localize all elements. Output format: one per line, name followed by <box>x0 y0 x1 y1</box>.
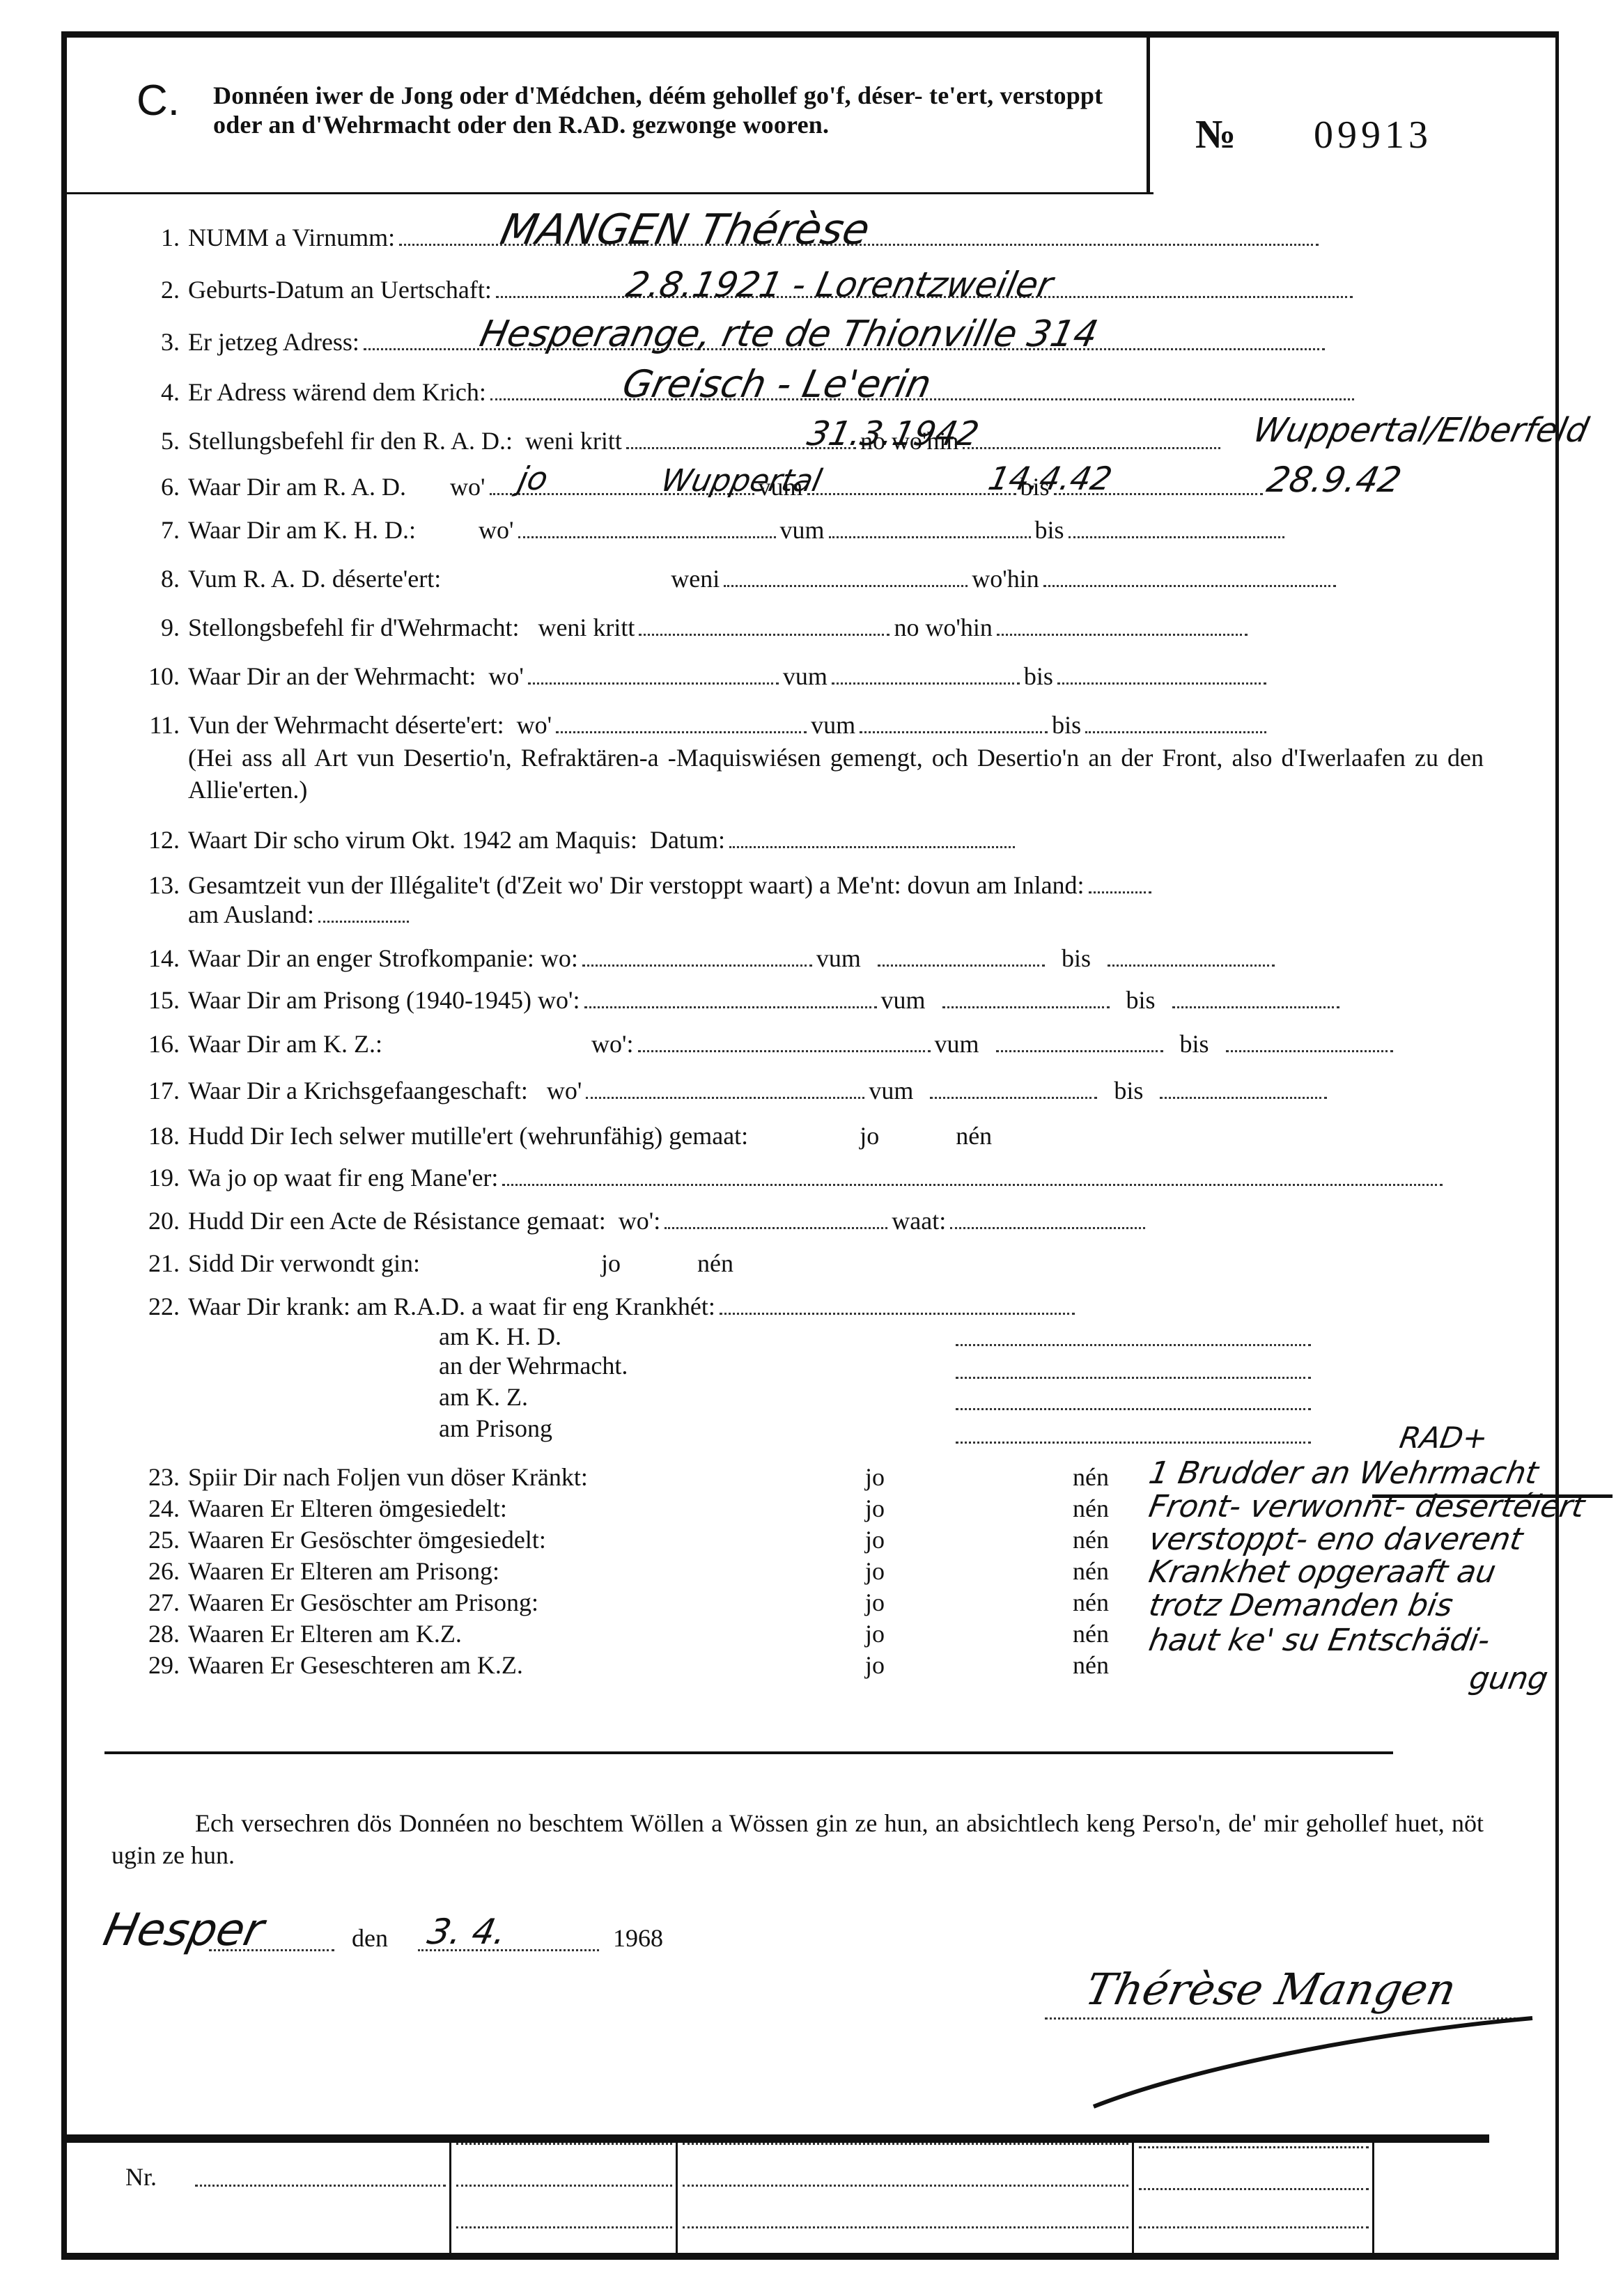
number-symbol: № <box>1195 111 1236 157</box>
field-label: Stellungsbefehl fir den R. A. D.: <box>188 427 513 455</box>
field-sublabel: Datum: <box>650 826 725 854</box>
field-row-7: 7.Waar Dir am K. H. D.: wo'vumbis <box>139 515 1289 545</box>
field-label: Vum R. A. D. déserte'ert: <box>188 565 441 593</box>
date-handwritten: 3. 4. <box>424 1912 511 1952</box>
field-input-line[interactable] <box>832 663 1020 685</box>
field-input-line[interactable] <box>582 945 812 967</box>
field-number: 25. <box>139 1525 180 1554</box>
field-row-14: 14.Waar Dir an enger Strofkompanie: wo:v… <box>139 944 1279 973</box>
field-input-line[interactable] <box>996 1031 1163 1052</box>
signature-flourish <box>1087 2006 1539 2117</box>
field-sublabel: wo' <box>517 711 552 739</box>
field-input-line[interactable] <box>724 565 968 587</box>
field-number: 23. <box>139 1462 180 1492</box>
option-no-26[interactable]: nén <box>1073 1556 1109 1586</box>
field-input-line[interactable] <box>1089 872 1151 893</box>
field-number: 28. <box>139 1619 180 1648</box>
field-label: Waaren Er Elteren ömgesiedelt: <box>188 1494 507 1522</box>
option-yes-23[interactable]: jo <box>865 1462 885 1492</box>
field-input-line[interactable] <box>584 987 877 1008</box>
field-sublabel: weni kritt <box>538 614 635 641</box>
field-label: Waar Dir an enger Strofkompanie: <box>188 944 534 972</box>
field-row-24: 24.Waaren Er Elteren ömgesiedelt: <box>139 1494 507 1523</box>
option-no[interactable]: nén <box>697 1249 733 1277</box>
field-sublabel: bis <box>1180 1030 1209 1058</box>
field-sublabel: vum <box>811 711 855 739</box>
footer-nr-input[interactable] <box>195 2183 446 2187</box>
field-label: Hudd Dir Iech selwer mutille'ert (wehrun… <box>188 1122 748 1150</box>
field-row-25: 25.Waaren Er Gesöschter ömgesiedelt: <box>139 1525 546 1554</box>
field-11-note: (Hei ass all Art vun Desertio'n, Refrakt… <box>188 742 1484 806</box>
footer-cell-line[interactable] <box>683 2183 1128 2187</box>
section-letter: C. <box>137 76 180 125</box>
place-input-line[interactable] <box>209 1948 334 1951</box>
field-value-rad-date: 31.3.1942 <box>804 414 982 453</box>
field-input-line[interactable] <box>963 428 1220 449</box>
field-label: Gesamtzeit vun der Illégalite't (d'Zeit … <box>188 871 1085 899</box>
field-input-line[interactable] <box>878 945 1045 967</box>
field-input-line[interactable] <box>556 712 807 733</box>
option-no-27[interactable]: nén <box>1073 1588 1109 1617</box>
field-sublabel: vum <box>869 1077 913 1104</box>
field-number: 8. <box>139 564 180 593</box>
field-sublabel: am Prisong <box>439 1414 552 1442</box>
option-no-24[interactable]: nén <box>1073 1494 1109 1523</box>
field-value-birth: 2.8.1921 - Lorentzweiler <box>623 265 1057 305</box>
footer-cell-line[interactable] <box>456 2141 672 2145</box>
field-number: 16. <box>139 1029 180 1059</box>
field-sublabel: wo': <box>619 1207 661 1235</box>
field-number: 26. <box>139 1556 180 1586</box>
field-row-13: 13.Gesamtzeit vun der Illégalite't (d'Ze… <box>139 870 1156 900</box>
field-label: Vun der Wehrmacht déserte'ert: <box>188 711 504 739</box>
field-input-line[interactable] <box>1057 663 1266 685</box>
option-yes-24[interactable]: jo <box>865 1494 885 1523</box>
field-row-15: 15.Waar Dir am Prisong (1940-1945) wo':v… <box>139 985 1344 1015</box>
field-sublabel: am K. Z. <box>439 1383 528 1411</box>
option-no-28[interactable]: nén <box>1073 1619 1109 1648</box>
field-sublabel: waat: <box>892 1207 946 1235</box>
field-input-line[interactable] <box>586 1077 864 1099</box>
field-label: Waar Dir am K. Z.: <box>188 1030 382 1058</box>
field-sublabel: bis <box>1024 662 1053 690</box>
field-row-10: 10.Waar Dir an der Wehrmacht: wo'vumbis <box>139 662 1271 691</box>
field-row-21: 21.Sidd Dir verwondt gin:jonén <box>139 1249 733 1278</box>
field-sublabel: vum <box>881 986 926 1014</box>
field-value-rad-to: 28.9.42 <box>1264 460 1405 500</box>
field-value-rad-place: Wuppertal <box>658 463 825 499</box>
field-sublabel: an der Wehrmacht. <box>439 1352 628 1380</box>
field-row-27: 27.Waaren Er Gesöschter am Prisong: <box>139 1588 538 1617</box>
field-input-line[interactable] <box>502 1164 1443 1186</box>
field-input-line[interactable] <box>1069 517 1284 538</box>
field-label: Waar Dir am K. H. D.: <box>188 516 416 544</box>
field-number: 21. <box>139 1249 180 1278</box>
field-row-26: 26.Waaren Er Elteren am Prisong: <box>139 1556 499 1586</box>
option-no-25[interactable]: nén <box>1073 1525 1109 1554</box>
field-sublabel: vum <box>783 662 828 690</box>
field-sublabel: wo' <box>547 1077 582 1104</box>
field-sublabel: vum <box>935 1030 979 1058</box>
handwritten-note-line: verstoppt- eno daverent <box>1147 1522 1525 1557</box>
field-number: 4. <box>139 377 180 407</box>
field-number: 18. <box>139 1121 180 1150</box>
field-label: Waart Dir scho virum Okt. 1942 am Maquis… <box>188 826 637 854</box>
field-number: 19. <box>139 1163 180 1192</box>
field-label: Waar Dir am R. A. D. <box>188 473 406 501</box>
field-number: 27. <box>139 1588 180 1617</box>
field-input-line[interactable] <box>518 517 776 538</box>
field-row-5: 5.Stellungsbefehl fir den R. A. D.: weni… <box>139 426 1225 455</box>
field-sublabel: bis <box>1062 944 1091 972</box>
field-label: Sidd Dir verwondt gin: <box>188 1249 420 1277</box>
field-row-17: 17.Waar Dir a Krichsgefaangeschaft: wo'v… <box>139 1076 1331 1105</box>
field-label: Stellongsbefehl fir d'Wehrmacht: <box>188 614 519 641</box>
field-number: 17. <box>139 1076 180 1105</box>
den-label: den <box>352 1923 388 1953</box>
field-sublabel: wo' <box>488 662 523 690</box>
field-sublabel: vum <box>780 516 825 544</box>
footer-col-divider <box>1132 2141 1134 2260</box>
field-sublabel: bis <box>1052 711 1081 739</box>
field-label: Waar Dir a Krichsgefaangeschaft: <box>188 1077 528 1104</box>
field-input-line[interactable] <box>1226 1031 1393 1052</box>
field-row-9: 9.Stellongsbefehl fir d'Wehrmacht: weni … <box>139 613 1252 642</box>
footer-cell-line[interactable] <box>1139 2187 1369 2190</box>
field-number: 24. <box>139 1494 180 1523</box>
option-yes-26[interactable]: jo <box>865 1556 885 1586</box>
field-input-line[interactable] <box>829 517 1031 538</box>
field-row-8: 8.Vum R. A. D. déserte'ert:weniwo'hin <box>139 564 1340 593</box>
field-label: Waar Dir krank: am R.A.D. a waat fir eng… <box>188 1293 715 1320</box>
field-input-line[interactable] <box>665 1208 887 1229</box>
field-label: Hudd Dir een Acte de Résistance gemaat: <box>188 1207 606 1235</box>
option-no[interactable]: nén <box>956 1122 992 1150</box>
field-sublabel: am Ausland: <box>188 900 314 928</box>
footer-col-divider <box>676 2141 678 2260</box>
field-sublabel: weni kritt <box>525 427 622 455</box>
field-number: 12. <box>139 825 180 854</box>
field-input-line[interactable] <box>956 1440 1311 1444</box>
field-row-22-khd: am K. H. D. <box>439 1322 561 1351</box>
field-label: Waar Dir an der Wehrmacht: <box>188 662 476 690</box>
handwritten-note-line: 1 Brudder an Wehrmacht <box>1147 1455 1541 1491</box>
field-row-11: 11.Vun der Wehrmacht déserte'ert: wo'vum… <box>139 710 1271 740</box>
field-row-19: 19.Wa jo op waat fir eng Mane'er: <box>139 1163 1447 1192</box>
field-row-22-wehrmacht: an der Wehrmacht. <box>439 1351 628 1380</box>
field-number: 5. <box>139 426 180 455</box>
field-sublabel: weni <box>671 565 720 593</box>
field-row-22-prisong: am Prisong <box>439 1414 552 1443</box>
field-input-line[interactable] <box>720 1293 1075 1315</box>
field-value-rad-where: Wuppertal/Elberfeld <box>1250 411 1592 450</box>
field-input-line[interactable] <box>956 1343 1311 1346</box>
option-yes-29[interactable]: jo <box>865 1650 885 1680</box>
field-number: 14. <box>139 944 180 973</box>
year-label: 1968 <box>613 1923 663 1953</box>
handwritten-note-line: Front- verwonnt- desertéiert <box>1147 1489 1587 1524</box>
field-input-line[interactable] <box>1043 565 1336 587</box>
field-number: 29. <box>139 1650 180 1680</box>
field-row-29: 29.Waaren Er Geseschteren am K.Z. <box>139 1650 523 1680</box>
option-yes[interactable]: jo <box>601 1249 621 1277</box>
field-input-line[interactable] <box>950 1208 1145 1229</box>
field-row-13-abroad: am Ausland: <box>188 900 413 929</box>
field-input-line[interactable] <box>1160 1077 1327 1099</box>
field-input-line[interactable] <box>997 614 1248 636</box>
footer-cell-line[interactable] <box>1139 2145 1369 2148</box>
handwritten-note-line: gung <box>1467 1661 1551 1696</box>
field-sublabel: bis <box>1114 1077 1143 1104</box>
field-sublabel: wo'hin <box>972 565 1039 593</box>
field-number: 9. <box>139 613 180 642</box>
field-label: Waar Dir am Prisong (1940-1945) <box>188 986 531 1014</box>
field-input-line[interactable] <box>1085 712 1266 733</box>
field-row-22-kz: am K. Z. <box>439 1382 528 1412</box>
option-yes[interactable]: jo <box>860 1122 879 1150</box>
field-input-line[interactable] <box>807 474 1016 495</box>
field-input-line[interactable] <box>318 901 409 923</box>
field-input-line[interactable] <box>1108 945 1275 967</box>
section-title: Donnéen iwer de Jong oder d'Médchen, déé… <box>213 81 1119 139</box>
field-sublabel: vum <box>816 944 861 972</box>
field-sublabel: am K. H. D. <box>439 1322 561 1350</box>
footer-cell-line[interactable] <box>1139 2225 1369 2228</box>
field-sublabel: wo' <box>479 516 513 544</box>
handwritten-note-header: RAD+ <box>1397 1421 1491 1455</box>
field-row-16: 16.Waar Dir am K. Z.:wo':vum bis <box>139 1029 1397 1059</box>
field-row-18: 18.Hudd Dir Iech selwer mutille'ert (weh… <box>139 1121 992 1150</box>
field-sublabel: bis <box>1126 986 1156 1014</box>
field-number: 20. <box>139 1206 180 1235</box>
field-input-line[interactable] <box>729 827 1015 848</box>
field-label: Spiir Dir nach Foljen vun döser Kränkt: <box>188 1463 588 1491</box>
option-no-23[interactable]: nén <box>1073 1462 1109 1492</box>
field-input-line[interactable] <box>956 1375 1311 1379</box>
field-sublabel: bis <box>1035 516 1064 544</box>
field-input-line[interactable] <box>1172 987 1339 1008</box>
field-sublabel: no wo'hin <box>894 614 993 641</box>
field-value-war-address: Greisch - Le'erin <box>619 362 935 406</box>
field-number: 10. <box>139 662 180 691</box>
footer-cell-line[interactable] <box>456 2183 672 2187</box>
field-row-12: 12.Waart Dir scho virum Okt. 1942 am Maq… <box>139 825 1019 854</box>
field-value-rad-from: 14.4.42 <box>985 460 1115 497</box>
footer-cell-line[interactable] <box>683 2141 1128 2145</box>
field-input-line[interactable] <box>638 1031 931 1052</box>
field-input-line[interactable] <box>860 712 1048 733</box>
field-value-name: MANGEN Thérèse <box>497 205 874 254</box>
field-number: 1. <box>139 223 180 252</box>
option-yes-27[interactable]: jo <box>865 1588 885 1617</box>
field-label: Wa jo op waat fir eng Mane'er: <box>188 1164 498 1192</box>
field-label: Waaren Er Elteren am K.Z. <box>188 1620 462 1648</box>
field-row-28: 28.Waaren Er Elteren am K.Z. <box>139 1619 462 1648</box>
field-row-22: 22.Waar Dir krank: am R.A.D. a waat fir … <box>139 1292 1079 1321</box>
field-sublabel: wo': <box>591 1030 634 1058</box>
field-input-line[interactable] <box>942 987 1110 1008</box>
field-number: 7. <box>139 515 180 545</box>
field-label: NUMM a Virnumm: <box>188 224 395 251</box>
footer-cell-line[interactable] <box>456 2225 672 2228</box>
field-label: Waaren Er Geseschteren am K.Z. <box>188 1651 523 1679</box>
option-yes-28[interactable]: jo <box>865 1619 885 1648</box>
option-no-29[interactable]: nén <box>1073 1650 1109 1680</box>
field-label: Waaren Er Gesöschter am Prisong: <box>188 1588 538 1616</box>
field-number: 2. <box>139 275 180 304</box>
field-input-line[interactable] <box>639 614 889 636</box>
field-label: Waaren Er Elteren am Prisong: <box>188 1557 499 1585</box>
field-input-line[interactable] <box>956 1407 1311 1410</box>
field-number: 3. <box>139 327 180 357</box>
field-number: 22. <box>139 1292 180 1321</box>
field-number: 6. <box>139 472 180 501</box>
header-divider-vertical <box>1147 38 1150 192</box>
handwritten-note-line: Krankhet opgeraaft au <box>1147 1554 1499 1590</box>
field-number: 15. <box>139 985 180 1015</box>
field-number: 13. <box>139 870 180 900</box>
field-label: Er Adress wärend dem Krich: <box>188 378 486 406</box>
handwritten-note-line: haut ke' su Entschädi- <box>1147 1623 1493 1658</box>
field-sublabel: wo': <box>538 986 580 1014</box>
handwritten-note-line: trotz Demanden bis <box>1147 1588 1456 1623</box>
field-label: Waaren Er Gesöschter ömgesiedelt: <box>188 1526 546 1554</box>
field-row-20: 20.Hudd Dir een Acte de Résistance gemaa… <box>139 1206 1149 1235</box>
footer-col-divider <box>1372 2141 1374 2260</box>
field-label: Er jetzeg Adress: <box>188 328 359 356</box>
footer-cell-line[interactable] <box>683 2225 1128 2228</box>
field-input-line[interactable] <box>528 663 779 685</box>
field-label: Geburts-Datum an Uertschaft: <box>188 276 492 304</box>
field-sublabel: wo' <box>450 473 485 501</box>
field-row-23: 23.Spiir Dir nach Foljen vun döser Kränk… <box>139 1462 588 1492</box>
field-input-line[interactable] <box>930 1077 1097 1099</box>
field-number: 11. <box>139 710 180 740</box>
option-yes-25[interactable]: jo <box>865 1525 885 1554</box>
footer-col-divider <box>449 2141 451 2260</box>
section-divider <box>104 1751 1393 1754</box>
header-divider-horizontal <box>67 192 1153 194</box>
field-sublabel: wo: <box>541 944 578 972</box>
field-value-address: Hesperange, rte de Thionville 314 <box>476 313 1102 355</box>
footer-nr-label: Nr. <box>125 2162 157 2192</box>
form-number: 09913 <box>1314 113 1432 157</box>
declaration-text: Ech versechren dös Donnéen no beschtem W… <box>111 1807 1484 1871</box>
